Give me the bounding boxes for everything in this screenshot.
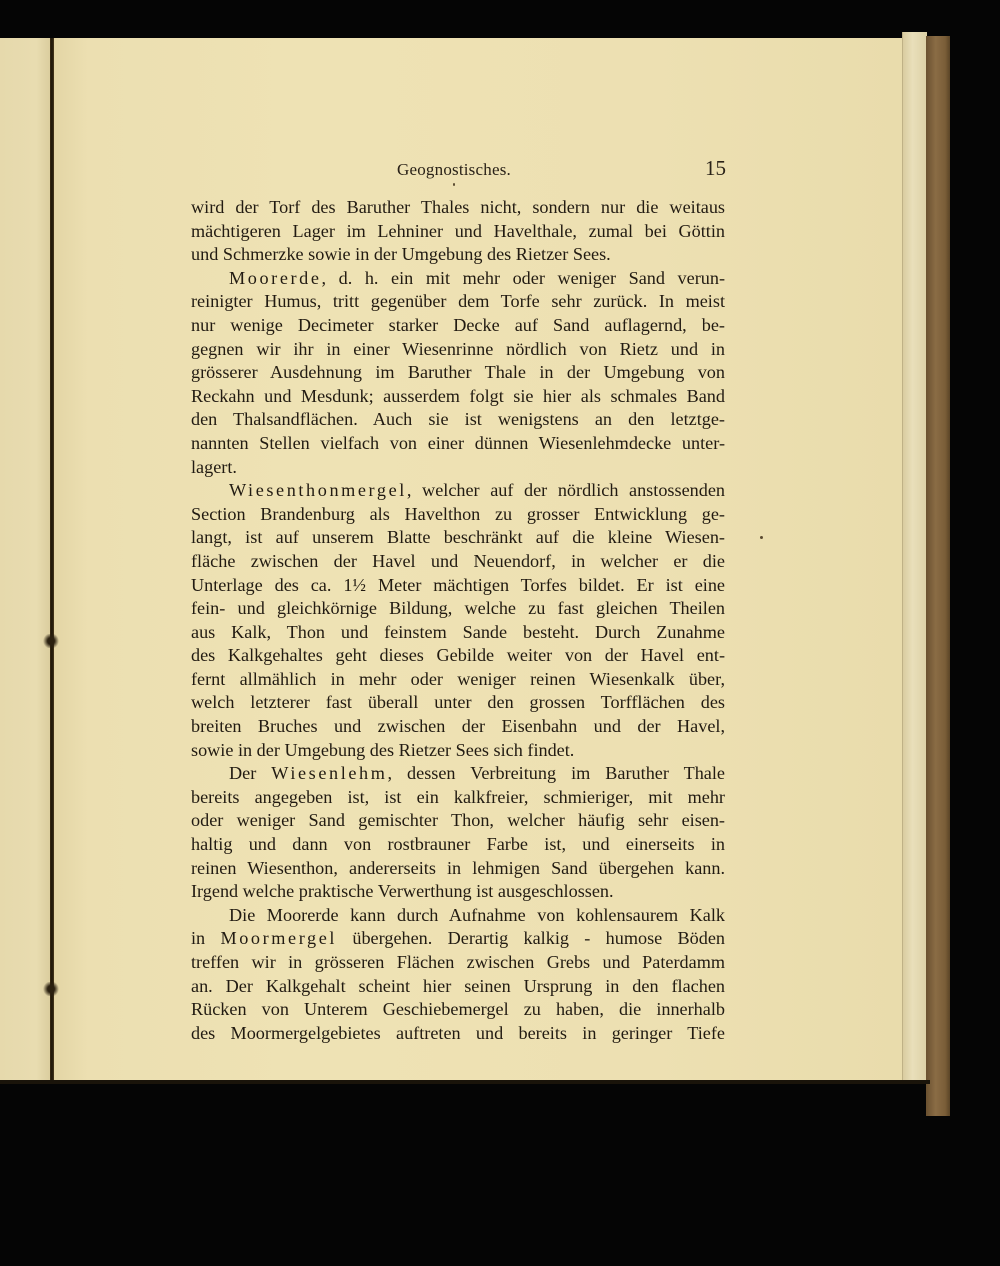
book-cover-edge <box>926 36 950 1116</box>
term-wiesenlehm: Wiesenlehm <box>271 763 387 783</box>
page-stack-edge <box>902 32 927 1082</box>
text-line: nannten Stellen vielfach von einer dünne… <box>191 432 725 456</box>
text-span: in <box>191 928 220 948</box>
text-span: , dessen Verbreitung im Baruther Thale <box>387 763 725 783</box>
text-line: Unterlage des ca. 1½ Meter mächtigen Tor… <box>191 574 725 598</box>
paragraph: Moorerde, d. h. ein mit mehr oder wenige… <box>191 267 725 479</box>
text-line: welch letzterer fast überall unter den g… <box>191 691 725 715</box>
text-line: breiten Bruches und zwischen der Eisenba… <box>191 715 725 739</box>
body-text: wird der Torf des Baruther Thales nicht,… <box>191 196 725 1045</box>
text-line: und Schmerzke sowie in der Umgebung des … <box>191 243 725 267</box>
text-line: fernt allmählich in mehr oder weniger re… <box>191 668 725 692</box>
page-bottom-shadow <box>0 1080 930 1084</box>
text-line: langt, ist auf unserem Blatte beschränkt… <box>191 526 725 550</box>
text-span: , d. h. ein mit mehr oder weniger Sand v… <box>322 268 725 288</box>
text-line: gegnen wir ihr in einer Wiesenrinne nörd… <box>191 338 725 362</box>
text-span: Der <box>229 763 271 783</box>
text-line: Rücken von Unterem Geschiebemergel zu ha… <box>191 998 725 1022</box>
text-line: Wiesenthonmergel, welcher auf der nördli… <box>191 479 725 503</box>
term-moorerde: Moorerde <box>229 268 322 288</box>
text-line: Der Wiesenlehm, dessen Verbreitung im Ba… <box>191 762 725 786</box>
paragraph: Wiesenthonmergel, welcher auf der nördli… <box>191 479 725 762</box>
text-line: aus Kalk, Thon und feinstem Sande besteh… <box>191 621 725 645</box>
text-line: reinen Wiesenthon, andererseits in lehmi… <box>191 857 725 881</box>
text-line: haltig und dann von rostbrauner Farbe is… <box>191 833 725 857</box>
binding-thread-mark <box>42 634 60 648</box>
text-line: fläche zwischen der Havel und Neuendorf,… <box>191 550 725 574</box>
text-line: fein- und gleichkörnige Bildung, welche … <box>191 597 725 621</box>
text-line: des Kalkgehaltes geht dieses Gebilde wei… <box>191 644 725 668</box>
text-line: lagert. <box>191 456 725 480</box>
text-line: bereits angegeben ist, ist ein kalkfreie… <box>191 786 725 810</box>
text-line: Moorerde, d. h. ein mit mehr oder wenige… <box>191 267 725 291</box>
text-line: treffen wir in grösseren Flächen zwische… <box>191 951 725 975</box>
paragraph: Der Wiesenlehm, dessen Verbreitung im Ba… <box>191 762 725 904</box>
text-line: reinigter Humus, tritt gegenüber dem Tor… <box>191 290 725 314</box>
text-line: an. Der Kalkgehalt scheint hier seinen U… <box>191 975 725 999</box>
text-line: sowie in der Umgebung des Rietzer Sees s… <box>191 739 725 763</box>
paragraph: wird der Torf des Baruther Thales nicht,… <box>191 196 725 267</box>
text-line: grösserer Ausdehnung im Baruther Thale i… <box>191 361 725 385</box>
text-span <box>337 928 352 948</box>
binding-thread-mark <box>42 982 60 996</box>
term-moormergel: Moormergel <box>220 928 337 948</box>
text-line: in Moormergel übergehen. Derartig kalkig… <box>191 927 725 951</box>
paper-speck <box>453 183 455 186</box>
text-line: nur wenige Decimeter starker Decke auf S… <box>191 314 725 338</box>
text-line: Section Brandenburg als Havelthon zu gro… <box>191 503 725 527</box>
paragraph: Die Moorerde kann durch Aufnahme von koh… <box>191 904 725 1046</box>
text-line: des Moormergelgebietes auftreten und ber… <box>191 1022 725 1046</box>
text-span: , welcher auf der nördlich anstossenden <box>407 480 725 500</box>
text-line: Reckahn und Mesdunk; ausserdem folgt sie… <box>191 385 725 409</box>
page-number: 15 <box>705 156 726 181</box>
text-line: mächtigeren Lager im Lehniner und Havelt… <box>191 220 725 244</box>
text-span: übergehen. Derartig kalkig - humose Böde… <box>352 928 725 948</box>
text-line: Die Moorerde kann durch Aufnahme von koh… <box>191 904 725 928</box>
term-wiesenthonmergel: Wiesenthonmergel <box>229 480 407 500</box>
left-page-edge <box>0 38 52 1083</box>
running-head: Geognostisches. 15 <box>190 158 726 182</box>
text-line: wird der Torf des Baruther Thales nicht,… <box>191 196 725 220</box>
text-line: oder weniger Sand gemischter Thon, welch… <box>191 809 725 833</box>
text-line: den Thalsandflächen. Auch sie ist wenigs… <box>191 408 725 432</box>
running-head-title: Geognostisches. <box>397 160 511 180</box>
text-line: Irgend welche praktische Verwerthung ist… <box>191 880 725 904</box>
paper-speck <box>760 536 763 539</box>
